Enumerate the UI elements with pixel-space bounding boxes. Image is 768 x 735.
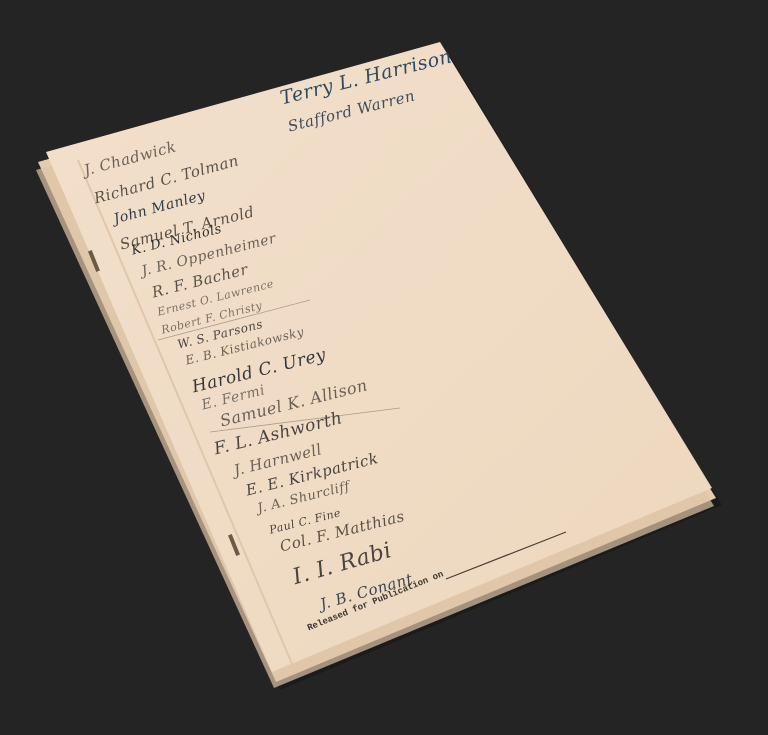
photo-scene: Terry L. Harrison Stafford Warren J. Cha… <box>0 0 768 735</box>
